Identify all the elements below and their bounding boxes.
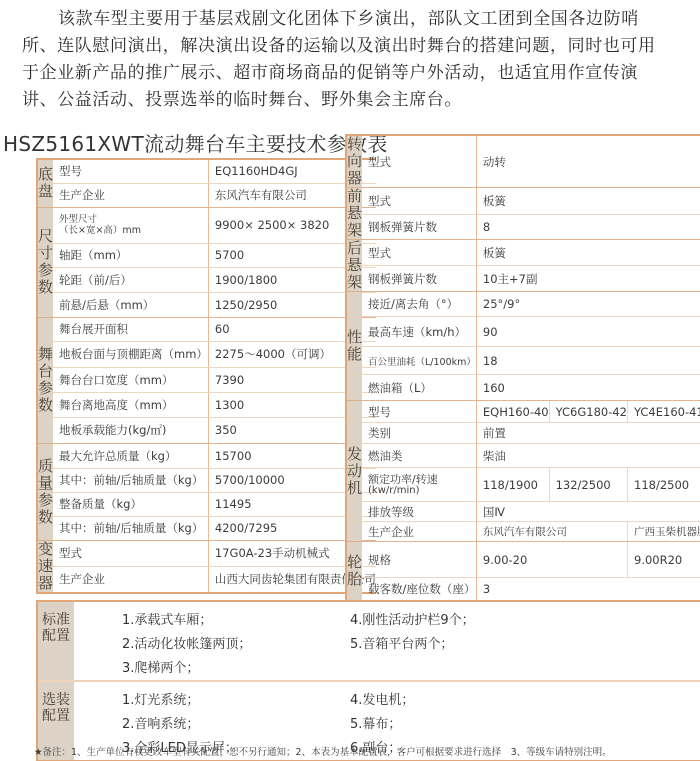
row-value: 160: [476, 375, 700, 401]
row-label: 舞台台口宽度（mm）: [53, 367, 208, 392]
table-row: 底盘 型号 EQ1160HD4GJ: [37, 159, 376, 183]
row-label: 前悬/后悬（mm）: [53, 292, 208, 317]
table-row: 燃油类 柴油: [346, 444, 700, 468]
table-row: 轮距（前/后） 1900/1800: [37, 267, 376, 292]
intro-text: 该款车型主要用于基层戏剧文化团体下乡演出，部队文工团到全国各边防哨所、连队慰问演…: [22, 6, 662, 114]
row-label: 类别: [362, 423, 476, 444]
row-label: 型式: [362, 240, 476, 266]
table-row: 前悬架 型式 板簧: [346, 188, 700, 215]
row-value: 东风汽车有限公司: [476, 522, 627, 542]
row-label: 规格: [362, 542, 476, 578]
row-label: 型号: [362, 401, 476, 423]
row-label: 生产企业: [53, 566, 208, 592]
config-item: 3.爬梯两个；: [122, 657, 350, 676]
config-item: 1.灯光系统；: [122, 689, 350, 708]
standard-config-items: 1.承载式车厢； 4.刚性活动护栏9个； 2.活动化妆帐篷两顶； 5.音箱平台两…: [74, 602, 700, 680]
intro-paragraph: 该款车型主要用于基层戏剧文化团体下乡演出，部队文工团到全国各边防哨所、连队慰问演…: [22, 6, 662, 114]
config-item: 4.刚性活动护栏9个；: [350, 609, 700, 628]
row-value: 118/1900: [476, 468, 549, 502]
row-value: 柴油: [476, 444, 700, 468]
table-row: 发动机 型号 EQH160-40 YC6G180-42 YC4E160-41: [346, 401, 700, 423]
table-row: 转向器 型式 动转: [346, 135, 700, 188]
group-engine: 发动机: [346, 401, 362, 542]
row-label: 型式: [362, 188, 476, 215]
table-row: 最高车速（km/h） 90: [346, 317, 700, 347]
table-row: 质量参数 最大允许总质量（kg） 15700: [37, 443, 376, 468]
group-stage: 舞台参数: [37, 317, 53, 443]
table-row: 变速器 型式 17G0A-23手动机械式: [37, 540, 376, 566]
row-value: 90: [476, 317, 700, 347]
row-label: 轮距（前/后）: [53, 267, 208, 292]
row-label: 接近/离去角（°）: [362, 292, 476, 317]
row-label: 其中：前轴/后轴质量（kg）: [53, 516, 208, 540]
label-main: 额定功率/转速: [368, 474, 476, 485]
table-row: 地板台面与顶棚距离（mm） 2275～4000（可调）: [37, 341, 376, 367]
row-label: 钢板弹簧片数: [362, 214, 476, 239]
table-row: 轴距（mm） 5700: [37, 243, 376, 267]
table-row: 尺寸参数 外型尺寸（长×宽×高）mm 9900× 2500× 3820: [37, 207, 376, 243]
row-label: 燃油类: [362, 444, 476, 468]
row-label: 型式: [362, 135, 476, 188]
row-value: 9.00-20: [476, 542, 627, 578]
row-label: 外型尺寸（长×宽×高）mm: [53, 207, 208, 243]
row-label: 地板承载能力(kg/㎡): [53, 417, 208, 443]
row-value: 25°/9°: [476, 292, 700, 317]
row-label: 舞台展开面积: [53, 317, 208, 341]
row-value: 广西玉柴机器股份有限公司: [628, 522, 700, 542]
row-label: 载客数/座位数（座）: [362, 578, 476, 601]
row-label: 燃油箱（L）: [362, 375, 476, 401]
row-label: 百公里油耗（L/100km）: [362, 347, 476, 375]
table-row: 钢板弹簧片数 10主+7副: [346, 266, 700, 292]
table-row: 类别 前置: [346, 423, 700, 444]
table-row: 轮胎 规格 9.00-20 9.00R20: [346, 542, 700, 578]
standard-config: 标准配置 1.承载式车厢； 4.刚性活动护栏9个； 2.活动化妆帐篷两顶； 5.…: [38, 602, 700, 680]
table-row: 生产企业 东风汽车有限公司: [37, 183, 376, 207]
table-row: 额定功率/转速(kw/r/min) 118/1900 132/2500 118/…: [346, 468, 700, 502]
row-label: 排放等级: [362, 502, 476, 522]
config-item: 1.承载式车厢；: [122, 609, 350, 628]
label-sub: （长×宽×高）mm: [59, 225, 208, 236]
row-label: 整备质量（kg）: [53, 492, 208, 516]
row-label: 轴距（mm）: [53, 243, 208, 267]
table-row: 其中：前轴/后轴质量（kg） 4200/7295: [37, 516, 376, 540]
group-tire: 轮胎: [346, 542, 362, 601]
row-value: 板簧: [476, 188, 700, 215]
row-label: 生产企业: [53, 183, 208, 207]
table-row: 整备质量（kg） 11495: [37, 492, 376, 516]
row-value: 国Ⅳ: [476, 502, 700, 522]
group-dimensions: 尺寸参数: [37, 207, 53, 317]
row-label: 地板台面与顶棚距离（mm）: [53, 341, 208, 367]
table-row: 性能 接近/离去角（°） 25°/9°: [346, 292, 700, 317]
config-item: 4.发电机；: [350, 689, 700, 708]
row-label: 生产企业: [362, 522, 476, 542]
group-gearbox: 变速器: [37, 540, 53, 593]
row-value: 132/2500: [549, 468, 627, 502]
group-performance: 性能: [346, 292, 362, 401]
row-label: 型式: [53, 540, 208, 566]
row-value: YC6G180-42: [549, 401, 627, 423]
row-label: 其中：前轴/后轴质量（kg）: [53, 468, 208, 492]
row-value: 前置: [476, 423, 700, 444]
config-item: 2.音响系统；: [122, 713, 350, 732]
row-value: YC4E160-41: [628, 401, 700, 423]
page-title: HSZ5161XWT流动舞台车主要技术参数表: [3, 128, 388, 157]
group-front-suspension: 前悬架: [346, 188, 362, 240]
label-sub: (kw/r/min): [368, 485, 476, 496]
group-steering: 转向器: [346, 135, 362, 188]
table-row: 舞台离地高度（mm） 1300: [37, 392, 376, 417]
table-row: 排放等级 国Ⅳ: [346, 502, 700, 522]
config-item: 5.幕布；: [350, 713, 700, 732]
spec-table-right: 转向器 型式 动转 前悬架 型式 板簧 钢板弹簧片数 8 后悬架 型式 板簧 钢…: [345, 134, 700, 602]
table-row: 后悬架 型式 板簧: [346, 240, 700, 266]
row-label: 最高车速（km/h）: [362, 317, 476, 347]
row-value: 3: [476, 578, 700, 601]
group-standard: 标准配置: [38, 602, 74, 680]
label-main: 外型尺寸: [59, 214, 208, 225]
table-row: 其中：前轴/后轴质量（kg） 5700/10000: [37, 468, 376, 492]
row-value: 板簧: [476, 240, 700, 266]
row-value: EQH160-40: [476, 401, 549, 423]
table-row: 生产企业 东风汽车有限公司 广西玉柴机器股份有限公司: [346, 522, 700, 542]
spec-table-left: 底盘 型号 EQ1160HD4GJ 生产企业 东风汽车有限公司 尺寸参数 外型尺…: [36, 158, 376, 594]
table-row: 钢板弹簧片数 8: [346, 214, 700, 239]
table-row: 燃油箱（L） 160: [346, 375, 700, 401]
table-row: 舞台台口宽度（mm） 7390: [37, 367, 376, 392]
config-item: 5.音箱平台两个；: [350, 633, 700, 652]
row-value: 10主+7副: [476, 266, 700, 292]
group-mass: 质量参数: [37, 443, 53, 540]
row-value: 18: [476, 347, 700, 375]
row-value: 动转: [476, 135, 700, 188]
configuration-section: 标准配置 1.承载式车厢； 4.刚性活动护栏9个； 2.活动化妆帐篷两顶； 5.…: [36, 600, 700, 761]
row-value: 9.00R20: [628, 542, 700, 578]
row-label: 最大允许总质量（kg）: [53, 443, 208, 468]
table-row: 前悬/后悬（mm） 1250/2950: [37, 292, 376, 317]
group-chassis: 底盘: [37, 159, 53, 207]
table-row: 百公里油耗（L/100km） 18: [346, 347, 700, 375]
row-value: 118/2500: [628, 468, 700, 502]
row-label: 额定功率/转速(kw/r/min): [362, 468, 476, 502]
row-label: 舞台离地高度（mm）: [53, 392, 208, 417]
config-item: 2.活动化妆帐篷两顶；: [122, 633, 350, 652]
row-value: 8: [476, 214, 700, 239]
row-label: 型号: [53, 159, 208, 183]
table-row: 载客数/座位数（座） 3: [346, 578, 700, 601]
footnote: ★备注：1、生产单位有权更改车型有关配置，恕不另行通知；2、本表为基本配置表，客…: [34, 744, 612, 758]
table-row: 地板承载能力(kg/㎡) 350: [37, 417, 376, 443]
table-row: 舞台参数 舞台展开面积 60: [37, 317, 376, 341]
row-label: 钢板弹簧片数: [362, 266, 476, 292]
table-row: 生产企业 山西大同齿轮集团有限责任公司: [37, 566, 376, 592]
group-rear-suspension: 后悬架: [346, 240, 362, 292]
